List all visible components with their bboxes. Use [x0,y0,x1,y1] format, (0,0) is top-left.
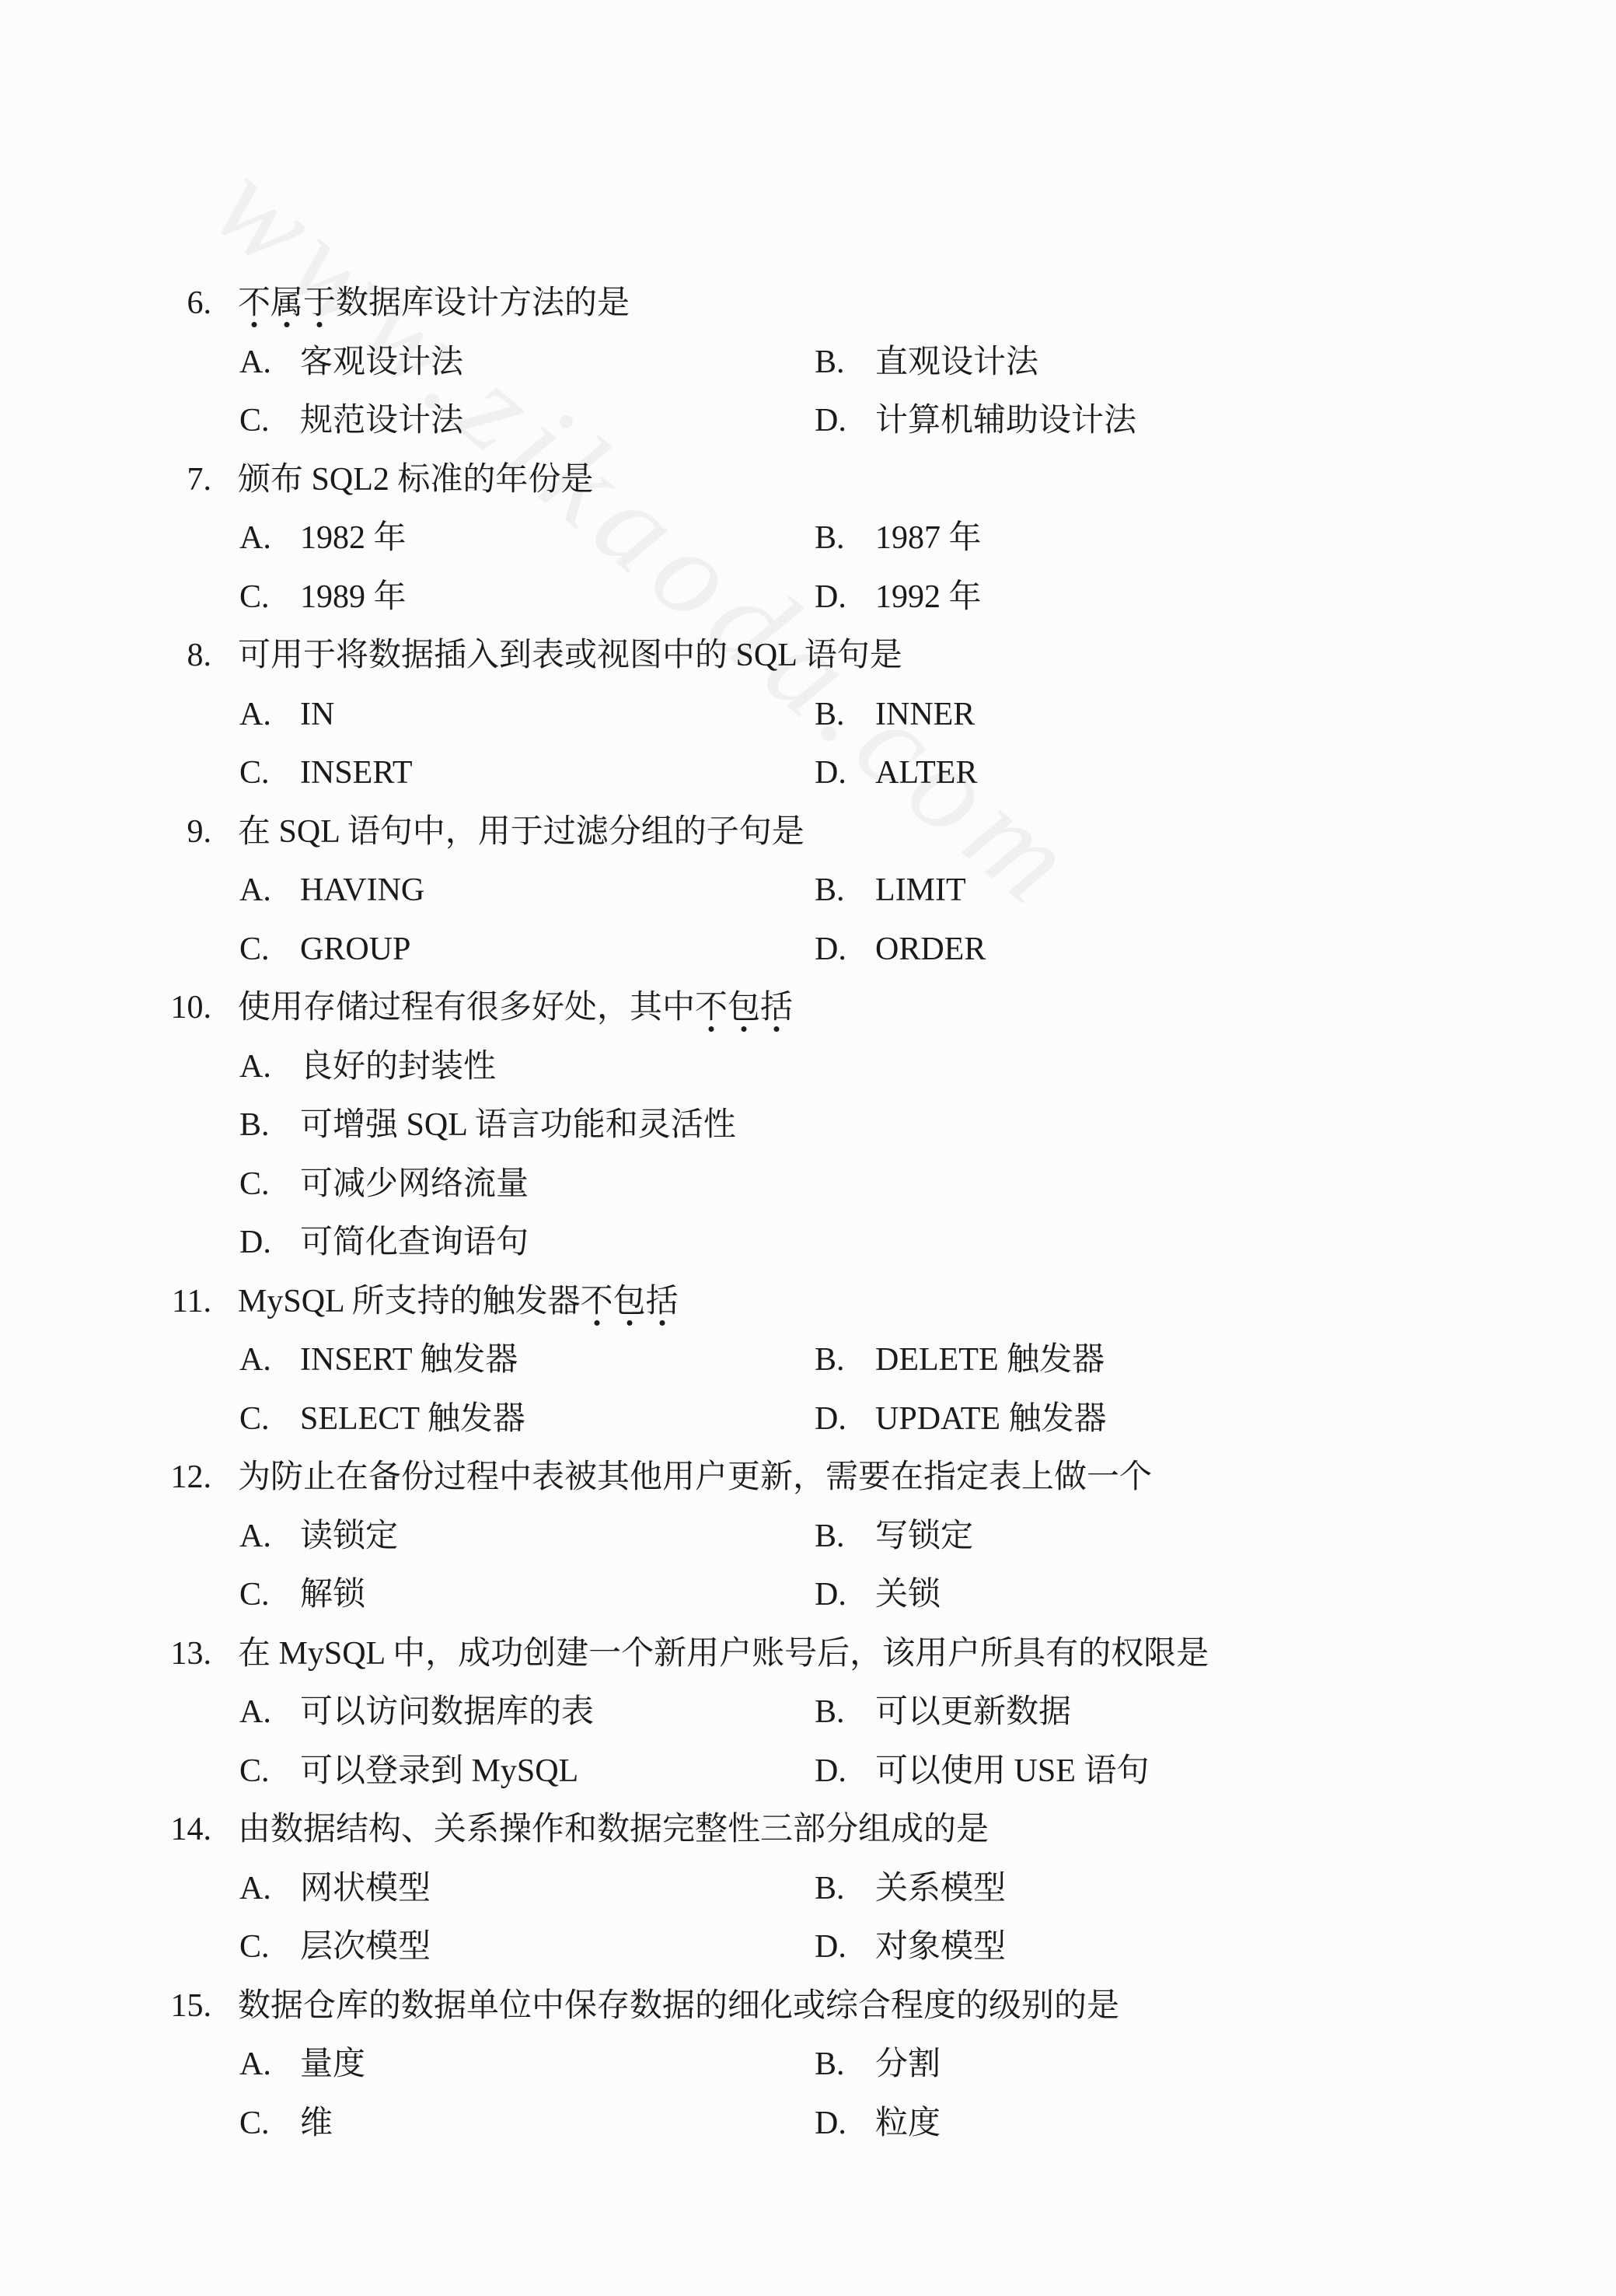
question-number: 14. [93,1801,211,1860]
option-text: GROUP [300,921,410,980]
option-letter: A. [239,334,271,393]
option-letter: B. [815,861,845,921]
option-text: DELETE 触发器 [875,1331,1105,1390]
question-number: 10. [93,979,211,1038]
option-letter: B. [815,509,845,568]
option-text: INSERT 触发器 [300,1331,518,1390]
option-text: SELECT 触发器 [300,1390,525,1449]
option-text: 粒度 [875,2095,941,2154]
option-text: 维 [300,2095,333,2154]
option-text: 解锁 [300,1566,365,1625]
option-item: C.1989 年D.1992 年 [0,568,1616,627]
option-letter: D. [815,568,846,627]
option-text: ALTER [875,744,977,803]
option-item: A.INSERT 触发器B.DELETE 触发器 [0,1331,1616,1390]
emphasized-char: 包 [728,990,760,1026]
option-letter: D. [815,392,846,451]
question-number: 6. [93,274,211,334]
question-text: 不属于数据库设计方法的是 [238,274,630,334]
option-letter: A. [239,1038,271,1097]
option-item: A.量度B.分割 [0,2036,1616,2095]
option-text: 可增强 SQL 语言功能和灵活性 [300,1096,736,1155]
option-text: INSERT [300,744,412,803]
option-letter: D. [815,1918,846,1977]
option-letter: D. [815,1742,846,1802]
question-item: 13.在 MySQL 中，成功创建一个新用户账号后，该用户所具有的权限是 [0,1625,1616,1684]
option-item: A.良好的封装性 [0,1038,1616,1097]
option-letter: D. [815,744,846,803]
emphasized-char: 不 [238,285,270,321]
option-text: 关锁 [875,1566,941,1625]
option-letter: D. [815,921,846,980]
emphasized-char: 包 [613,1284,646,1319]
option-text: 网状模型 [300,1860,431,1919]
option-letter: C. [239,1566,270,1625]
option-item: C.可减少网络流量 [0,1155,1616,1214]
option-letter: C. [239,392,270,451]
option-letter: C. [239,744,270,803]
option-text: LIMIT [875,861,966,921]
option-letter: A. [239,1683,271,1742]
option-letter: D. [815,2095,846,2154]
option-text: 可以使用 USE 语句 [875,1742,1149,1802]
option-letter: A. [239,509,271,568]
option-text: 良好的封装性 [300,1038,496,1097]
option-item: D.可简化查询语句 [0,1214,1616,1273]
option-letter: A. [239,861,271,921]
option-letter: C. [239,1742,270,1802]
exam-page: www.zikaoda.com 6.不属于数据库设计方法的是A.客观设计法B.直… [0,0,1616,2296]
option-letter: B. [815,686,845,745]
emphasized-char: 不 [581,1284,613,1319]
option-letter: B. [815,1860,845,1919]
option-letter: C. [239,568,270,627]
emphasized-char: 括 [760,990,793,1026]
option-item: A.1982 年B.1987 年 [0,509,1616,568]
emphasized-char: 属 [270,285,303,321]
emphasized-char: 括 [646,1284,679,1319]
question-number: 11. [93,1273,211,1332]
option-text: 可以更新数据 [875,1683,1071,1742]
option-letter: B. [815,1683,845,1742]
question-text: 在 MySQL 中，成功创建一个新用户账号后，该用户所具有的权限是 [238,1625,1209,1684]
option-text: 量度 [300,2036,365,2095]
option-letter: D. [815,1566,846,1625]
option-text: 1989 年 [300,568,407,627]
question-number: 13. [93,1625,211,1684]
option-text: 计算机辅助设计法 [875,392,1136,451]
option-letter: A. [239,1331,271,1390]
option-item: A.可以访问数据库的表B.可以更新数据 [0,1683,1616,1742]
option-item: C.GROUPD.ORDER [0,921,1616,980]
option-letter: C. [239,1918,270,1977]
option-text: UPDATE 触发器 [875,1390,1107,1449]
option-letter: C. [239,1390,270,1449]
question-item: 10.使用存储过程有很多好处，其中不包括 [0,979,1616,1038]
question-text: 可用于将数据插入到表或视图中的 SQL 语句是 [238,627,902,686]
question-item: 12.为防止在备份过程中表被其他用户更新，需要在指定表上做一个 [0,1449,1616,1508]
option-letter: A. [239,2036,271,2095]
option-text: 规范设计法 [300,392,463,451]
option-text: 可减少网络流量 [300,1155,529,1214]
question-text: MySQL 所支持的触发器不包括 [238,1273,679,1332]
option-item: A.客观设计法B.直观设计法 [0,334,1616,393]
emphasized-char: 于 [303,285,336,321]
option-text: 1992 年 [875,568,982,627]
option-item: A.读锁定B.写锁定 [0,1508,1616,1567]
option-item: B.可增强 SQL 语言功能和灵活性 [0,1096,1616,1155]
option-letter: C. [239,921,270,980]
option-letter: A. [239,1860,271,1919]
option-letter: B. [815,334,845,393]
option-item: A.网状模型B.关系模型 [0,1860,1616,1919]
option-text: ORDER [875,921,986,980]
option-letter: C. [239,1155,270,1214]
option-item: C.INSERTD.ALTER [0,744,1616,803]
option-text: 可以访问数据库的表 [300,1683,594,1742]
question-text: 数据仓库的数据单位中保存数据的细化或综合程度的级别的是 [238,1977,1119,2036]
question-text: 为防止在备份过程中表被其他用户更新，需要在指定表上做一个 [238,1449,1152,1508]
option-item: C.可以登录到 MySQLD.可以使用 USE 语句 [0,1742,1616,1802]
option-letter: C. [239,2095,270,2154]
question-item: 7.颁布 SQL2 标准的年份是 [0,451,1616,510]
option-item: C.规范设计法D.计算机辅助设计法 [0,392,1616,451]
question-text: 由数据结构、关系操作和数据完整性三部分组成的是 [238,1801,989,1860]
option-letter: D. [815,1390,846,1449]
option-text: 对象模型 [875,1918,1006,1977]
question-number: 8. [93,627,211,686]
option-text: 可以登录到 MySQL [300,1742,578,1802]
option-item: A.HAVINGB.LIMIT [0,861,1616,921]
question-number: 12. [93,1449,211,1508]
option-text: 可简化查询语句 [300,1214,529,1273]
option-text: 1987 年 [875,509,982,568]
question-text: 在 SQL 语句中，用于过滤分组的子句是 [238,803,805,862]
option-text: 写锁定 [875,1508,973,1567]
option-item: C.解锁D.关锁 [0,1566,1616,1625]
option-text: 直观设计法 [875,334,1038,393]
option-letter: B. [815,2036,845,2095]
option-letter: D. [239,1214,271,1273]
option-text: IN [300,686,334,745]
option-letter: B. [239,1096,270,1155]
question-number: 9. [93,803,211,862]
emphasized-char: 不 [695,990,728,1026]
question-item: 15.数据仓库的数据单位中保存数据的细化或综合程度的级别的是 [0,1977,1616,2036]
question-text: 使用存储过程有很多好处，其中不包括 [238,979,793,1038]
option-item: C.层次模型D.对象模型 [0,1918,1616,1977]
question-number: 15. [93,1977,211,2036]
option-item: C.维D.粒度 [0,2095,1616,2154]
option-text: 关系模型 [875,1860,1006,1919]
option-text: 读锁定 [300,1508,398,1567]
option-item: A.INB.INNER [0,686,1616,745]
question-item: 14.由数据结构、关系操作和数据完整性三部分组成的是 [0,1801,1616,1860]
option-letter: B. [815,1508,845,1567]
option-text: 1982 年 [300,509,407,568]
option-letter: B. [815,1331,845,1390]
option-text: 分割 [875,2036,941,2095]
option-text: 层次模型 [300,1918,431,1977]
option-letter: A. [239,686,271,745]
question-item: 9.在 SQL 语句中，用于过滤分组的子句是 [0,803,1616,862]
option-item: C.SELECT 触发器D.UPDATE 触发器 [0,1390,1616,1449]
option-text: INNER [875,686,975,745]
question-number: 7. [93,451,211,510]
option-text: 客观设计法 [300,334,463,393]
option-text: HAVING [300,861,424,921]
question-item: 6.不属于数据库设计方法的是 [0,274,1616,334]
question-item: 11.MySQL 所支持的触发器不包括 [0,1273,1616,1332]
option-letter: A. [239,1508,271,1567]
question-text: 颁布 SQL2 标准的年份是 [238,451,593,510]
question-item: 8.可用于将数据插入到表或视图中的 SQL 语句是 [0,627,1616,686]
questions: 6.不属于数据库设计方法的是A.客观设计法B.直观设计法C.规范设计法D.计算机… [0,274,1616,2153]
